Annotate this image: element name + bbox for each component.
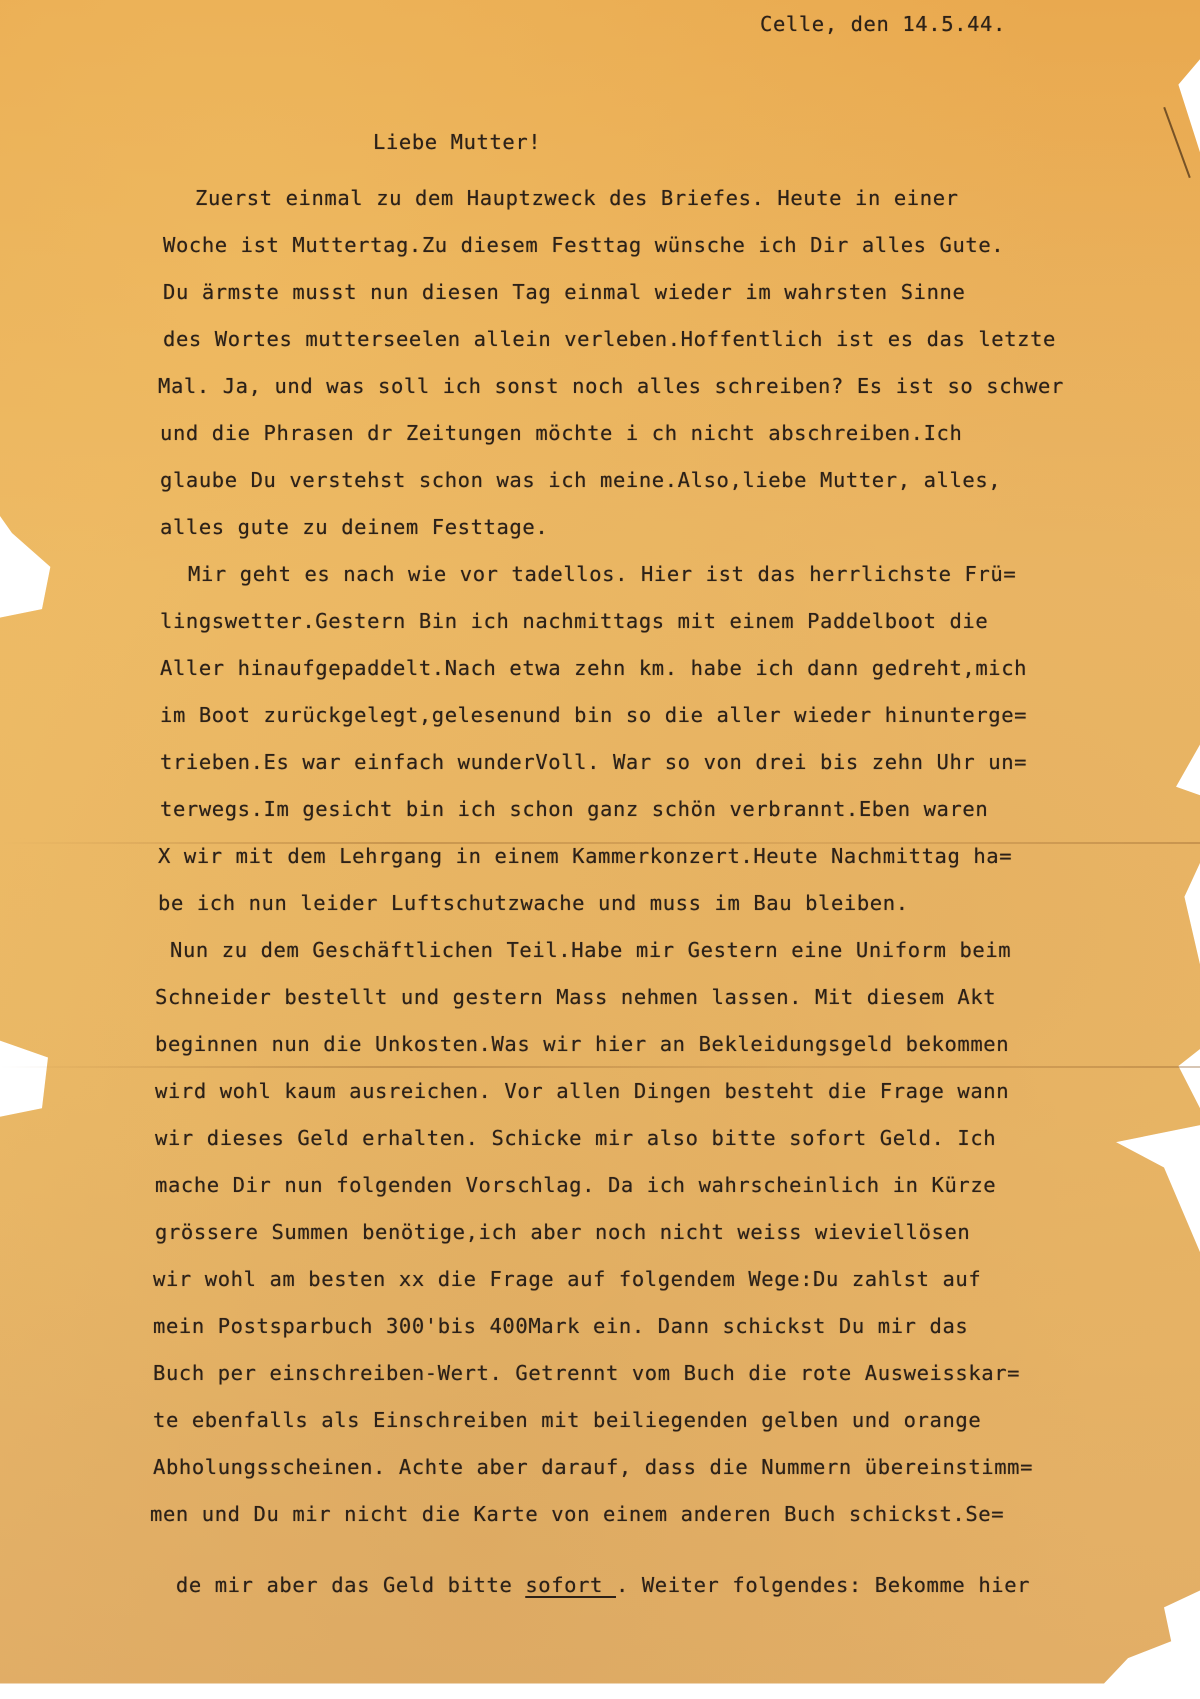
letter-line: des Wortes mutterseelen allein verleben.… (163, 327, 1056, 351)
letter-line: Schneider bestellt und gestern Mass nehm… (155, 985, 996, 1009)
last-line-before: de mir aber das Geld bitte (176, 1573, 525, 1597)
letter-line: grössere Summen benötige,ich aber noch n… (155, 1220, 970, 1244)
letter-line: Mir geht es nach wie vor tadellos. Hier … (188, 562, 1016, 586)
letter-line: terwegs.Im gesicht bin ich schon ganz sc… (160, 797, 988, 821)
letter-line: wird wohl kaum ausreichen. Vor allen Din… (155, 1079, 1009, 1103)
letter-line: Woche ist Muttertag.Zu diesem Festtag wü… (163, 233, 1004, 257)
last-line-after: . Weiter folgendes: Bekomme hier (616, 1573, 1030, 1597)
letter-line: Aller hinaufgepaddelt.Nach etwa zehn km.… (160, 656, 1027, 680)
letter-line: Abholungsscheinen. Achte aber darauf, da… (153, 1455, 1033, 1479)
letter-line: trieben.Es war einfach wunderVoll. War s… (160, 750, 1027, 774)
letter-line: beginnen nun die Unkosten.Was wir hier a… (155, 1032, 1009, 1056)
letter-line: Nun zu dem Geschäftlichen Teil.Habe mir … (170, 938, 1011, 962)
letter-line: Mal. Ja, und was soll ich sonst noch all… (158, 374, 1064, 398)
letter-line: te ebenfalls als Einschreiben mit beilie… (153, 1408, 981, 1432)
dateline: Celle, den 14.5.44. (760, 12, 1006, 36)
letter-line: Du ärmste musst nun diesen Tag einmal wi… (163, 280, 965, 304)
letter-line: be ich nun leider Luftschutzwache und mu… (158, 891, 909, 915)
salutation: Liebe Mutter! (373, 130, 541, 154)
letter-line: wir dieses Geld erhalten. Schicke mir al… (155, 1126, 996, 1150)
letter-line: und die Phrasen dr Zeitungen möchte i ch… (160, 421, 962, 445)
letter-line: X wir mit dem Lehrgang in einem Kammerko… (158, 844, 1012, 868)
letter-line: mein Postsparbuch 300'bis 400Mark ein. D… (153, 1314, 968, 1338)
letter-line: im Boot zurückgelegt,gelesenund bin so d… (160, 703, 1027, 727)
letter-line: glaube Du verstehst schon was ich meine.… (160, 468, 1001, 492)
underlined-sofort: sofort (525, 1573, 616, 1597)
letter-line: alles gute zu deinem Festtage. (160, 515, 548, 539)
paper-crease (0, 1066, 1200, 1068)
letter-line: Buch per einschreiben-Wert. Getrennt vom… (153, 1361, 1020, 1385)
letter-line: Zuerst einmal zu dem Hauptzweck des Brie… (195, 186, 959, 210)
letter-line: lingswetter.Gestern Bin ich nachmittags … (160, 609, 988, 633)
letter-line: mache Dir nun folgenden Vorschlag. Da ic… (155, 1173, 996, 1197)
letter-line-last: de mir aber das Geld bitte sofort . Weit… (150, 1549, 1030, 1597)
letter-line: men und Du mir nicht die Karte von einem… (150, 1502, 1004, 1526)
letter-line: wir wohl am besten xx die Frage auf folg… (153, 1267, 981, 1291)
